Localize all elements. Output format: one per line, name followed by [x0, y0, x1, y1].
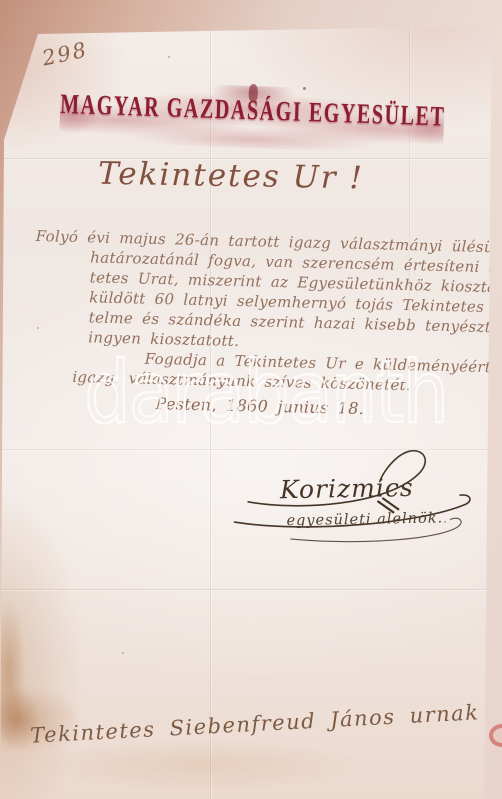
- age-stain: [52, 2, 82, 24]
- horizontal-fold-crease: [0, 589, 496, 590]
- date-line: Pesten, 1860 junius 18.: [155, 394, 483, 422]
- body-paragraph: Folyó évi majus 26-án tartott igazg vála…: [31, 226, 487, 422]
- letterhead-banner: MAGYAR GAZDASÁGI EGYESÜLET: [59, 74, 445, 159]
- signature-title: egyesületi alelnök.: [286, 510, 443, 529]
- signature-name: Korizmics: [280, 473, 414, 504]
- age-stain: [40, 740, 360, 790]
- red-ring-sticker: [489, 724, 502, 747]
- page-number: 298: [40, 37, 90, 70]
- signature-block: Korizmics egyesületi alelnök.: [227, 434, 479, 550]
- salutation: Tekintetes Ur !: [98, 156, 364, 197]
- letter-paper: 298 MAGYAR GAZDASÁGI EGYESÜLET Tekintete…: [0, 0, 502, 799]
- ink-speck: [122, 652, 124, 654]
- ink-speck: [168, 56, 170, 58]
- document-photo: 298 MAGYAR GAZDASÁGI EGYESÜLET Tekintete…: [0, 0, 502, 799]
